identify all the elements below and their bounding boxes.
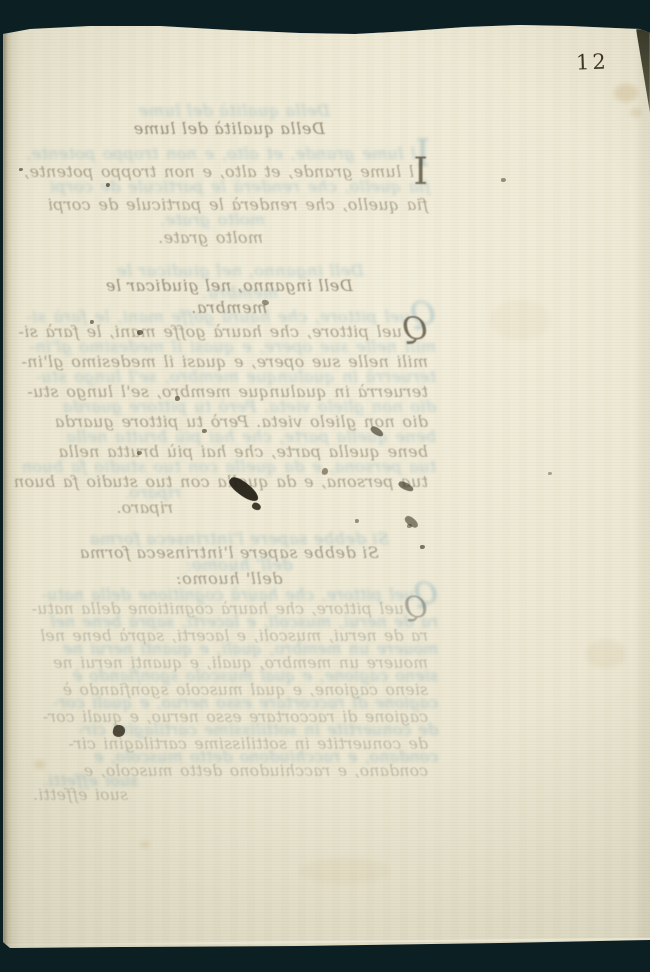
bleed-line: suoi effetti.: [30, 786, 428, 804]
stain: [630, 108, 642, 117]
bleed-line: riparo.: [30, 498, 428, 517]
page-surface: Della qualità del lume I l lume grande, …: [0, 0, 650, 972]
bleed-heading: membra.: [30, 298, 428, 317]
bleed-line: condano, e racchiudono detto muscolo, e: [30, 762, 428, 780]
page-bottom-edge-highlight: [2, 938, 650, 946]
folio-number: 12: [576, 49, 610, 74]
bleed-heading: Della qualità del lume: [30, 119, 428, 138]
stain: [586, 640, 626, 668]
bleed-line: teruerrà in qualunque membro, se'l lungo…: [30, 382, 428, 401]
bleed-line: mouere un membro, quali, e quanti nerui …: [30, 654, 428, 672]
bleed-line: uel pittore, che haurà goffe mani, le fa…: [30, 322, 428, 341]
manuscript-scan: Della qualità del lume I l lume grande, …: [0, 0, 650, 972]
bleed-line: bene quella parte, che hai più brutta ne…: [30, 442, 428, 461]
bleed-line: uel pittore, che haurà cognitione della …: [30, 600, 428, 618]
stain: [140, 841, 149, 848]
stain: [300, 858, 390, 884]
bleed-heading: Dell inganno, nel giudicar le: [30, 276, 428, 295]
stain: [614, 84, 638, 102]
bleed-line: l lume grande, et alto, e non troppo pot…: [30, 162, 428, 181]
bleed-heading: dell' huomo:: [30, 569, 428, 588]
ink-spot: [501, 178, 506, 182]
ink-spot: [355, 519, 359, 523]
page-top-right-edge: [636, 29, 650, 113]
bleed-line: de conuertite in sottilissime cartilagin…: [30, 735, 428, 753]
stain: [34, 760, 45, 769]
bleed-line: ra de nerui, muscoli, e lacerti, saprà b…: [30, 627, 428, 645]
bleed-line: sieno cagione, e qual muscolo sgonfiando…: [30, 681, 428, 699]
ink-spot: [548, 472, 552, 475]
show-through-heading: Della qualità del lume: [38, 101, 430, 120]
bleed-line: dio non glielo vieta. Però tu pittore gu…: [30, 412, 428, 431]
bleed-line: molto grate.: [30, 228, 428, 247]
page-left-edge-shadow: [3, 26, 12, 948]
bleed-block-quality-of-light: Della qualità del lume I l lume grande, …: [30, 119, 428, 269]
bleed-line: mili nelle sue opere, e quasi il medesim…: [30, 352, 428, 371]
ink-spot: [19, 168, 23, 171]
bleed-line: fia quello, che renderà le particule de …: [30, 195, 428, 214]
bleed-line: cagione di raccortare esso neruo, e qual…: [30, 708, 428, 726]
bleed-block-intrinsic-form: Si debbe sapere l'intrinseca forma dell'…: [30, 543, 428, 813]
stain: [490, 300, 550, 340]
bleed-heading: Si debbe sapere l'intrinseca forma: [30, 543, 428, 562]
